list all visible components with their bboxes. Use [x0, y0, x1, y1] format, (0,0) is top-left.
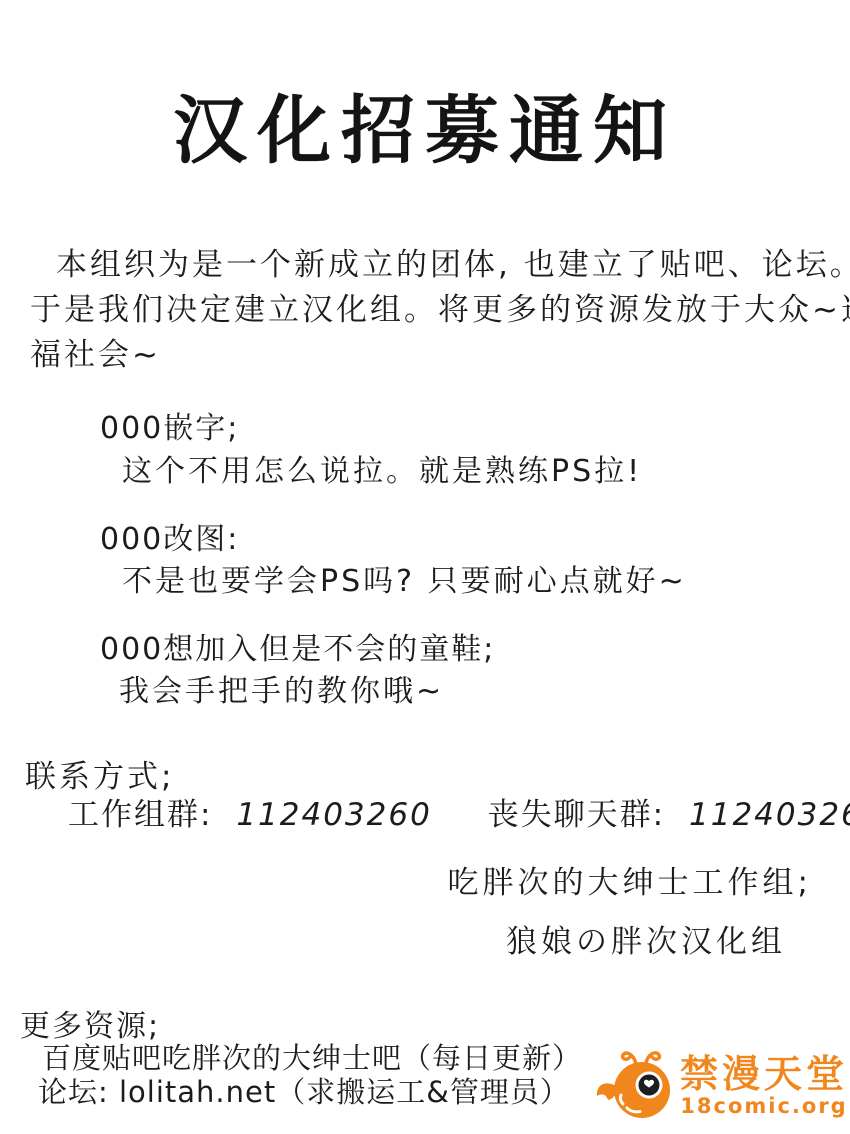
- section-typesetting-heading: 000嵌字;: [100, 403, 239, 447]
- contact-groups: 工作组群: 112403260 丧失聊天群: 112403260: [68, 789, 850, 834]
- work-group-label: 工作组群:: [68, 797, 212, 833]
- intro-line-2: 于是我们决定建立汉化组。将更多的资源发放于大众~造: [30, 288, 830, 333]
- intro-paragraph: 本组织为是一个新成立的团体, 也建立了贴吧、论坛。 于是我们决定建立汉化组。将更…: [30, 243, 830, 378]
- work-group-number: 112403260: [236, 797, 432, 833]
- chat-group: 丧失聊天群: 112403260: [488, 797, 850, 833]
- logo-text: 禁漫天堂 18comic.org: [680, 1053, 848, 1118]
- signature-workgroup: 吃胖次的大绅士工作组;: [448, 857, 812, 902]
- section-redraw-heading: 000改图:: [100, 514, 239, 558]
- intro-line-3: 福社会~: [30, 333, 830, 378]
- fish-mascot-icon: [594, 1046, 678, 1124]
- section-redraw-body: 不是也要学会PS吗? 只要耐心点就好~: [122, 556, 687, 600]
- chat-group-label: 丧失聊天群:: [488, 797, 665, 833]
- logo-brand-name: 禁漫天堂: [680, 1053, 848, 1095]
- page-title: 汉化招募通知: [0, 72, 850, 178]
- signature-scanlation-group: 狼娘の胖次汉化组: [506, 916, 786, 961]
- chat-group-number: 112403260: [689, 797, 850, 833]
- logo-site-url: 18comic.org: [680, 1095, 847, 1118]
- recruitment-notice-page: 汉化招募通知 本组织为是一个新成立的团体, 也建立了贴吧、论坛。 于是我们决定建…: [0, 0, 850, 1134]
- section-newbie-heading: 000想加入但是不会的童鞋;: [100, 624, 495, 668]
- section-typesetting-body: 这个不用怎么说拉。就是熟练PS拉!: [122, 446, 642, 490]
- work-group: 工作组群: 112403260: [68, 797, 444, 833]
- intro-line-1: 本组织为是一个新成立的团体, 也建立了贴吧、论坛。: [30, 243, 830, 288]
- watermark-logo: 禁漫天堂 18comic.org: [594, 1046, 848, 1124]
- resources-forum-line: 论坛: lolitah.net（求搬运工&管理员）: [38, 1070, 570, 1111]
- section-newbie-body: 我会手把手的教你哦~: [119, 666, 444, 710]
